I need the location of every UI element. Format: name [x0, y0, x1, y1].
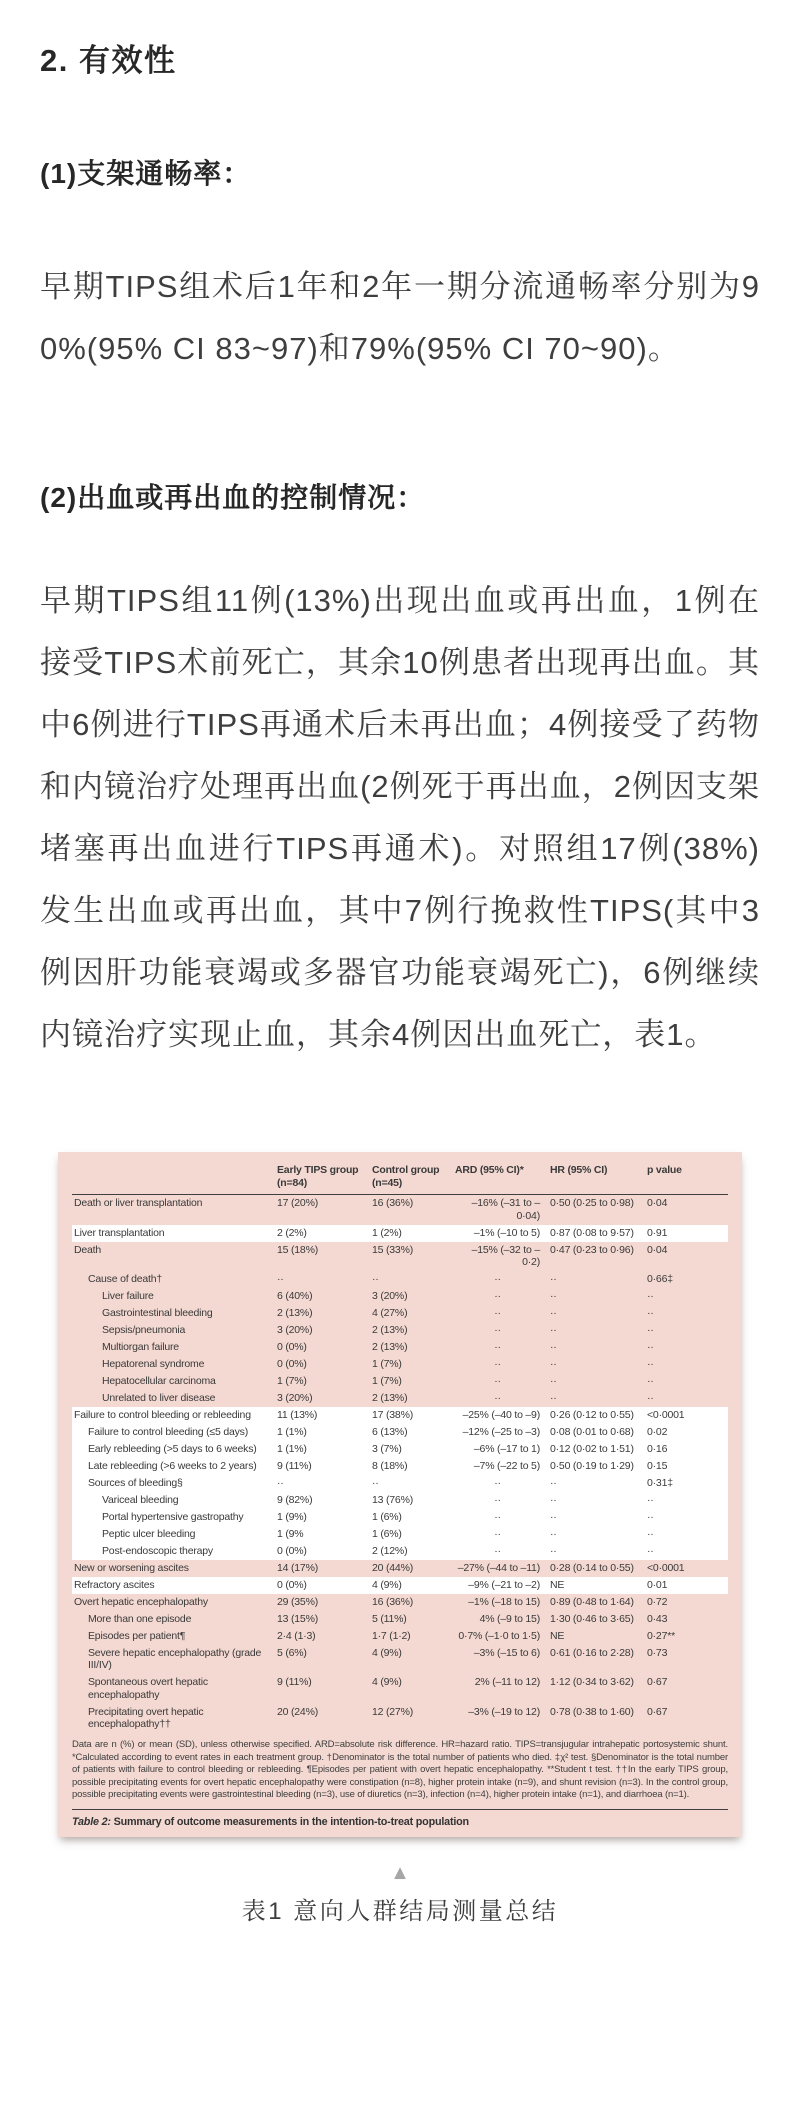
table-row: Hepatocellular carcinoma1 (7%)1 (7%)····… — [72, 1373, 728, 1390]
row-label: Sources of bleeding§ — [72, 1477, 277, 1490]
subsection-heading-stent-patency: (1)支架通畅率： — [40, 158, 760, 190]
table-row: Severe hepatic encephalopathy (grade III… — [72, 1644, 728, 1674]
row-value-early-tips: 0 (0%) — [277, 1579, 372, 1592]
row-value-control: 20 (44%) — [372, 1562, 455, 1575]
row-value-p: 0·91 — [647, 1227, 728, 1240]
row-value-ard: ·· — [455, 1273, 550, 1286]
row-value-hr: 0·28 (0·14 to 0·55) — [550, 1562, 647, 1575]
row-value-hr: ·· — [550, 1494, 647, 1507]
row-value-hr: 0·89 (0·48 to 1·64) — [550, 1596, 647, 1609]
row-value-p: 0·02 — [647, 1426, 728, 1439]
row-value-ard: –12% (–25 to –3) — [455, 1426, 550, 1439]
row-value-control: 4 (9%) — [372, 1579, 455, 1592]
row-value-hr: 1·12 (0·34 to 3·62) — [550, 1676, 647, 1701]
row-value-early-tips: 20 (24%) — [277, 1706, 372, 1731]
subsection-heading-bleeding-control: (2)出血或再出血的控制情况： — [40, 482, 760, 514]
row-value-ard: 0·7% (–1·0 to 1·5) — [455, 1630, 550, 1643]
row-value-control: ·· — [372, 1477, 455, 1490]
row-label: Refractory ascites — [72, 1579, 277, 1592]
row-value-hr: ·· — [550, 1477, 647, 1490]
row-value-ard: ·· — [455, 1511, 550, 1524]
row-label: Liver transplantation — [72, 1227, 277, 1240]
outcome-table-image: Early TIPS group (n=84) Control group (n… — [58, 1152, 742, 1837]
table-row: Failure to control bleeding or rebleedin… — [72, 1407, 728, 1424]
row-value-early-tips: 2·4 (1·3) — [277, 1630, 372, 1643]
header-empty-cell — [72, 1164, 277, 1189]
table-row: Unrelated to liver disease3 (20%)2 (13%)… — [72, 1390, 728, 1407]
row-value-ard: ·· — [455, 1545, 550, 1558]
row-value-p: 0·04 — [647, 1197, 728, 1222]
row-value-hr: ·· — [550, 1392, 647, 1405]
row-label: Portal hypertensive gastropathy — [72, 1511, 277, 1524]
row-value-early-tips: ·· — [277, 1273, 372, 1286]
collapse-arrow-icon[interactable]: ▲ — [40, 1863, 760, 1883]
row-value-hr: ·· — [550, 1307, 647, 1320]
row-value-control: 15 (33%) — [372, 1244, 455, 1269]
row-label: Hepatocellular carcinoma — [72, 1375, 277, 1388]
row-value-control: 1 (7%) — [372, 1375, 455, 1388]
row-value-control: 4 (27%) — [372, 1307, 455, 1320]
row-value-p: ·· — [647, 1511, 728, 1524]
row-value-control: 2 (12%) — [372, 1545, 455, 1558]
table-row: Multiorgan failure0 (0%)2 (13%)······ — [72, 1339, 728, 1356]
row-value-control: 5 (11%) — [372, 1613, 455, 1626]
table-footnote: Data are n (%) or mean (SD), unless othe… — [72, 1739, 728, 1810]
row-value-ard: ·· — [455, 1290, 550, 1303]
row-value-control: 17 (38%) — [372, 1409, 455, 1422]
row-label: Multiorgan failure — [72, 1341, 277, 1354]
table-row: Sepsis/pneumonia3 (20%)2 (13%)······ — [72, 1322, 728, 1339]
row-value-hr: ·· — [550, 1375, 647, 1388]
row-value-control: 2 (13%) — [372, 1324, 455, 1337]
row-value-control: 1 (2%) — [372, 1227, 455, 1240]
table-row: Precipitating overt hepatic encephalopat… — [72, 1704, 728, 1734]
row-label: Death or liver transplantation — [72, 1197, 277, 1222]
row-label: Post-endoscopic therapy — [72, 1545, 277, 1558]
table-row: Peptic ulcer bleeding1 (9%1 (6%)······ — [72, 1526, 728, 1543]
table-row: More than one episode13 (15%)5 (11%)4% (… — [72, 1610, 728, 1627]
table-row: Liver failure6 (40%)3 (20%)······ — [72, 1288, 728, 1305]
row-value-control: 13 (76%) — [372, 1494, 455, 1507]
row-value-early-tips: 0 (0%) — [277, 1545, 372, 1558]
row-value-ard: ·· — [455, 1392, 550, 1405]
table-row: Liver transplantation2 (2%)1 (2%)–1% (–1… — [72, 1225, 728, 1242]
row-value-ard: ·· — [455, 1341, 550, 1354]
row-label: Unrelated to liver disease — [72, 1392, 277, 1405]
row-value-p: 0·73 — [647, 1647, 728, 1672]
row-value-ard: –27% (–44 to –11) — [455, 1562, 550, 1575]
row-value-control: 12 (27%) — [372, 1706, 455, 1731]
row-value-early-tips: 1 (9%) — [277, 1511, 372, 1524]
row-value-ard: ·· — [455, 1307, 550, 1320]
row-value-early-tips: 6 (40%) — [277, 1290, 372, 1303]
row-value-ard: –3% (–15 to 6) — [455, 1647, 550, 1672]
row-value-hr: ·· — [550, 1528, 647, 1541]
row-value-early-tips: 1 (9% — [277, 1528, 372, 1541]
row-value-control: 1 (7%) — [372, 1358, 455, 1371]
row-label: Overt hepatic encephalopathy — [72, 1596, 277, 1609]
row-value-ard: 4% (–9 to 15) — [455, 1613, 550, 1626]
row-label: Gastrointestinal bleeding — [72, 1307, 277, 1320]
header-hr: HR (95% CI) — [550, 1164, 647, 1189]
table-caption: Table 2: Summary of outcome measurements… — [72, 1810, 728, 1831]
row-value-hr: 0·26 (0·12 to 0·55) — [550, 1409, 647, 1422]
row-value-control: 2 (13%) — [372, 1392, 455, 1405]
row-label: Liver failure — [72, 1290, 277, 1303]
row-value-p: ·· — [647, 1324, 728, 1337]
row-value-p: 0·31‡ — [647, 1477, 728, 1490]
row-value-p: <0·0001 — [647, 1562, 728, 1575]
row-label: Sepsis/pneumonia — [72, 1324, 277, 1337]
row-label: Hepatorenal syndrome — [72, 1358, 277, 1371]
row-value-p: 0·67 — [647, 1676, 728, 1701]
table-caption-label: Table 2: — [72, 1816, 111, 1828]
row-value-hr: 0·87 (0·08 to 9·57) — [550, 1227, 647, 1240]
row-value-hr: 0·50 (0·25 to 0·98) — [550, 1197, 647, 1222]
row-label: Severe hepatic encephalopathy (grade III… — [72, 1647, 277, 1672]
table-figure: Early TIPS group (n=84) Control group (n… — [40, 1152, 760, 1837]
row-value-ard: ·· — [455, 1494, 550, 1507]
table-row: Failure to control bleeding (≤5 days)1 (… — [72, 1424, 728, 1441]
row-value-p: ·· — [647, 1528, 728, 1541]
row-label: Failure to control bleeding (≤5 days) — [72, 1426, 277, 1439]
row-value-hr: 0·61 (0·16 to 2·28) — [550, 1647, 647, 1672]
row-value-ard: ·· — [455, 1358, 550, 1371]
row-label: Early rebleeding (>5 days to 6 weeks) — [72, 1443, 277, 1456]
table-rows: Death or liver transplantation17 (20%)16… — [72, 1195, 728, 1733]
row-value-ard: ·· — [455, 1477, 550, 1490]
row-value-p: 0·01 — [647, 1579, 728, 1592]
row-value-early-tips: 14 (17%) — [277, 1562, 372, 1575]
paragraph-bleeding-control: 早期TIPS组11例(13%)出现出血或再出血，1例在接受TIPS术前死亡，其余… — [40, 570, 760, 1066]
row-label: Peptic ulcer bleeding — [72, 1528, 277, 1541]
row-value-p: ·· — [647, 1341, 728, 1354]
row-value-p: 0·15 — [647, 1460, 728, 1473]
row-value-ard: ·· — [455, 1375, 550, 1388]
row-value-p: 0·16 — [647, 1443, 728, 1456]
table-row: Hepatorenal syndrome0 (0%)1 (7%)······ — [72, 1356, 728, 1373]
figure-caption: 表1 意向人群结局测量总结 — [40, 1897, 760, 1927]
row-value-early-tips: 17 (20%) — [277, 1197, 372, 1222]
row-value-control: 3 (20%) — [372, 1290, 455, 1303]
row-value-ard: –9% (–21 to –2) — [455, 1579, 550, 1592]
row-value-early-tips: 5 (6%) — [277, 1647, 372, 1672]
table-row: Gastrointestinal bleeding2 (13%)4 (27%)·… — [72, 1305, 728, 1322]
row-value-hr: ·· — [550, 1324, 647, 1337]
row-value-ard: 2% (–11 to 12) — [455, 1676, 550, 1701]
row-label: New or worsening ascites — [72, 1562, 277, 1575]
row-value-early-tips: 1 (7%) — [277, 1375, 372, 1388]
row-value-hr: ·· — [550, 1290, 647, 1303]
row-value-p: ·· — [647, 1545, 728, 1558]
row-value-hr: ·· — [550, 1511, 647, 1524]
row-value-p: ·· — [647, 1307, 728, 1320]
row-value-hr: 0·50 (0·19 to 1·29) — [550, 1460, 647, 1473]
row-value-p: 0·67 — [647, 1706, 728, 1731]
row-value-early-tips: 0 (0%) — [277, 1341, 372, 1354]
row-value-hr: 0·08 (0·01 to 0·68) — [550, 1426, 647, 1439]
row-label: More than one episode — [72, 1613, 277, 1626]
table-header-row: Early TIPS group (n=84) Control group (n… — [72, 1162, 728, 1195]
table-row: Death15 (18%)15 (33%)–15% (–32 to –0·2)0… — [72, 1242, 728, 1272]
row-value-control: 4 (9%) — [372, 1676, 455, 1701]
row-value-early-tips: 3 (20%) — [277, 1324, 372, 1337]
row-value-ard: –16% (–31 to –0·04) — [455, 1197, 550, 1222]
row-label: Late rebleeding (>6 weeks to 2 years) — [72, 1460, 277, 1473]
row-value-control: 1 (6%) — [372, 1511, 455, 1524]
row-value-p: ·· — [647, 1358, 728, 1371]
table-row: Portal hypertensive gastropathy1 (9%)1 (… — [72, 1509, 728, 1526]
row-value-ard: –6% (–17 to 1) — [455, 1443, 550, 1456]
row-label: Episodes per patient¶ — [72, 1630, 277, 1643]
row-label: Precipitating overt hepatic encephalopat… — [72, 1706, 277, 1731]
table-row: Episodes per patient¶2·4 (1·3)1·7 (1·2)0… — [72, 1627, 728, 1644]
row-value-p: <0·0001 — [647, 1409, 728, 1422]
row-value-early-tips: 2 (2%) — [277, 1227, 372, 1240]
row-value-ard: –7% (–22 to 5) — [455, 1460, 550, 1473]
row-value-early-tips: 9 (11%) — [277, 1460, 372, 1473]
table-row: Spontaneous overt hepatic encephalopathy… — [72, 1674, 728, 1704]
table-row: New or worsening ascites14 (17%)20 (44%)… — [72, 1560, 728, 1577]
row-value-early-tips: 11 (13%) — [277, 1409, 372, 1422]
row-value-control: 3 (7%) — [372, 1443, 455, 1456]
table-row: Early rebleeding (>5 days to 6 weeks)1 (… — [72, 1441, 728, 1458]
row-value-control: 2 (13%) — [372, 1341, 455, 1354]
row-value-control: 1·7 (1·2) — [372, 1630, 455, 1643]
row-value-early-tips: ·· — [277, 1477, 372, 1490]
row-value-early-tips: 9 (82%) — [277, 1494, 372, 1507]
row-value-early-tips: 29 (35%) — [277, 1596, 372, 1609]
row-value-control: 16 (36%) — [372, 1596, 455, 1609]
row-value-ard: ·· — [455, 1528, 550, 1541]
row-value-early-tips: 15 (18%) — [277, 1244, 372, 1269]
row-value-ard: –1% (–18 to 15) — [455, 1596, 550, 1609]
row-value-early-tips: 0 (0%) — [277, 1358, 372, 1371]
row-value-p: ·· — [647, 1290, 728, 1303]
row-value-control: 1 (6%) — [372, 1528, 455, 1541]
row-value-early-tips: 13 (15%) — [277, 1613, 372, 1626]
row-value-hr: 0·12 (0·02 to 1·51) — [550, 1443, 647, 1456]
section-heading: 2. 有效性 — [40, 44, 760, 78]
row-value-p: ·· — [647, 1494, 728, 1507]
row-value-hr: NE — [550, 1630, 647, 1643]
table-row: Post-endoscopic therapy0 (0%)2 (12%)····… — [72, 1543, 728, 1560]
row-value-p: 0·04 — [647, 1244, 728, 1269]
row-value-early-tips: 1 (1%) — [277, 1443, 372, 1456]
row-value-hr: 0·47 (0·23 to 0·96) — [550, 1244, 647, 1269]
table-row: Variceal bleeding9 (82%)13 (76%)······ — [72, 1492, 728, 1509]
row-value-p: 0·66‡ — [647, 1273, 728, 1286]
row-label: Cause of death† — [72, 1273, 277, 1286]
row-value-early-tips: 9 (11%) — [277, 1676, 372, 1701]
table-row: Overt hepatic encephalopathy29 (35%)16 (… — [72, 1594, 728, 1611]
header-ard: ARD (95% CI)* — [455, 1164, 550, 1189]
table-row: Sources of bleeding§········0·31‡ — [72, 1475, 728, 1492]
row-value-hr: 1·30 (0·46 to 3·65) — [550, 1613, 647, 1626]
row-value-p: 0·43 — [647, 1613, 728, 1626]
row-value-control: 4 (9%) — [372, 1647, 455, 1672]
row-value-control: 8 (18%) — [372, 1460, 455, 1473]
row-value-p: ·· — [647, 1375, 728, 1388]
row-value-early-tips: 3 (20%) — [277, 1392, 372, 1405]
row-value-p: ·· — [647, 1392, 728, 1405]
row-value-p: 0·72 — [647, 1596, 728, 1609]
row-value-hr: NE — [550, 1579, 647, 1592]
row-value-control: 6 (13%) — [372, 1426, 455, 1439]
row-value-ard: –25% (–40 to –9) — [455, 1409, 550, 1422]
table-row: Cause of death†········0·66‡ — [72, 1271, 728, 1288]
article-page: 2. 有效性 (1)支架通畅率： 早期TIPS组术后1年和2年一期分流通畅率分别… — [0, 44, 800, 1927]
row-value-ard: –15% (–32 to –0·2) — [455, 1244, 550, 1269]
table-row: Refractory ascites0 (0%)4 (9%)–9% (–21 t… — [72, 1577, 728, 1594]
row-value-hr: ·· — [550, 1341, 647, 1354]
row-value-hr: ·· — [550, 1273, 647, 1286]
row-value-ard: ·· — [455, 1324, 550, 1337]
row-value-ard: –1% (–10 to 5) — [455, 1227, 550, 1240]
header-early-tips-group: Early TIPS group (n=84) — [277, 1164, 372, 1189]
header-control-group: Control group (n=45) — [372, 1164, 455, 1189]
row-value-hr: ·· — [550, 1358, 647, 1371]
table-caption-text: Summary of outcome measurements in the i… — [114, 1816, 469, 1828]
row-value-ard: –3% (–19 to 12) — [455, 1706, 550, 1731]
row-label: Spontaneous overt hepatic encephalopathy — [72, 1676, 277, 1701]
row-value-hr: 0·78 (0·38 to 1·60) — [550, 1706, 647, 1731]
row-value-control: ·· — [372, 1273, 455, 1286]
row-label: Death — [72, 1244, 277, 1269]
row-label: Failure to control bleeding or rebleedin… — [72, 1409, 277, 1422]
row-value-p: 0·27** — [647, 1630, 728, 1643]
header-p-value: p value — [647, 1164, 728, 1189]
row-value-early-tips: 1 (1%) — [277, 1426, 372, 1439]
row-value-hr: ·· — [550, 1545, 647, 1558]
table-row: Death or liver transplantation17 (20%)16… — [72, 1195, 728, 1225]
table-row: Late rebleeding (>6 weeks to 2 years)9 (… — [72, 1458, 728, 1475]
row-label: Variceal bleeding — [72, 1494, 277, 1507]
paragraph-stent-patency: 早期TIPS组术后1年和2年一期分流通畅率分别为90%(95% CI 83~97… — [40, 256, 760, 380]
row-value-control: 16 (36%) — [372, 1197, 455, 1222]
row-value-early-tips: 2 (13%) — [277, 1307, 372, 1320]
